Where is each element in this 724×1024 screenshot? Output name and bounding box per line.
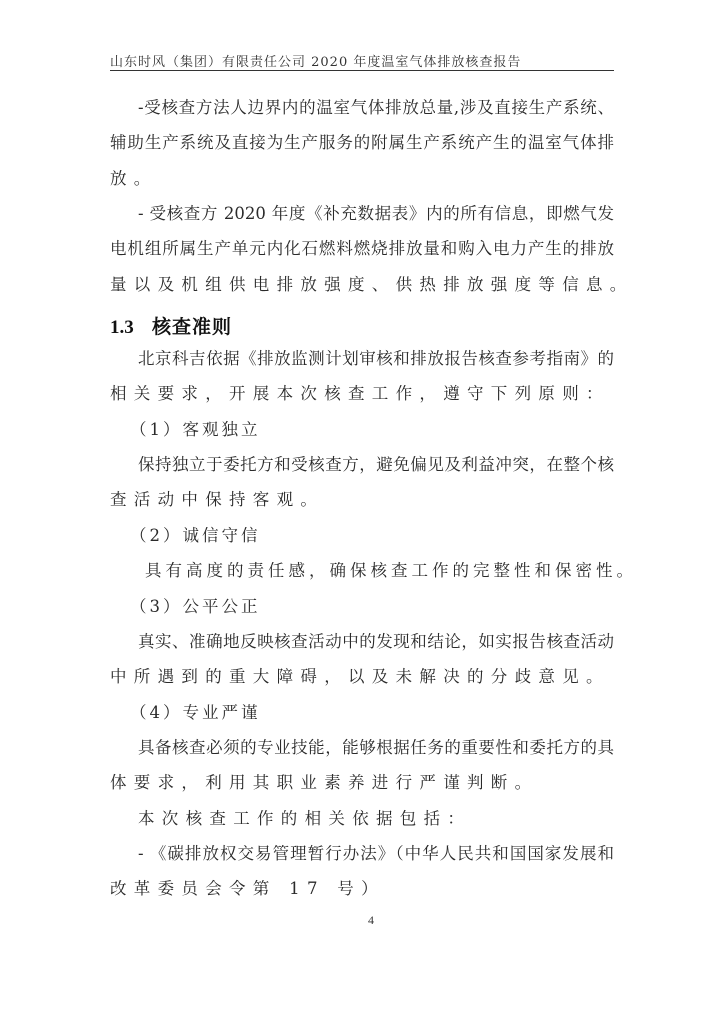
paragraph-line: 真实、准确地反映核查活动中的发现和结论，如实报告核查活动 xyxy=(138,631,614,653)
section-number: 1.3 xyxy=(110,317,152,339)
section-title: 核查准则 xyxy=(152,316,232,338)
running-header: 山东时风（集团）有限责任公司 2020 年度温室气体排放核查报告 xyxy=(110,51,614,70)
paragraph-line: 放。 xyxy=(110,168,614,190)
principle-label: （2）诚信守信 xyxy=(130,525,606,547)
paragraph-line: 保持独立于委托方和受核查方，避免偏见及利益冲突，在整个核 xyxy=(138,454,614,476)
paragraph-line: 量以及机组供电排放强度、供热排放强度等信息。 xyxy=(110,274,614,296)
basis-item-line: - 《碳排放权交易管理暂行办法》（中华人民共和国国家发展和 xyxy=(138,843,614,865)
principle-label: （3）公平公正 xyxy=(130,596,606,618)
paragraph-line: -受核查方法人边界内的温室气体排放总量,涉及直接生产系统、 xyxy=(138,97,614,119)
paragraph-line: 北京科吉依据《排放监测计划审核和排放报告核查参考指南》的 xyxy=(138,348,614,370)
page-number: 4 xyxy=(368,913,374,928)
paragraph-line: - 受核查方 2020 年度《补充数据表》内的所有信息，即燃气发 xyxy=(138,203,614,225)
section-heading: 1.3核查准则 xyxy=(110,312,232,339)
document-page: 山东时风（集团）有限责任公司 2020 年度温室气体排放核查报告 -受核查方法人… xyxy=(0,0,724,1024)
principle-label: （4）专业严谨 xyxy=(130,702,606,724)
paragraph-line: 本次核查工作的相关依据包括： xyxy=(138,808,614,830)
paragraph-line: 具有高度的责任感，确保核查工作的完整性和保密性。 xyxy=(145,560,649,582)
header-divider xyxy=(110,70,614,71)
paragraph-line: 相关要求，开展本次核查工作，遵守下列原则： xyxy=(110,383,614,405)
principle-label: （1）客观独立 xyxy=(130,419,606,441)
paragraph-line: 查活动中保持客观。 xyxy=(110,489,614,511)
paragraph-line: 体要求，利用其职业素养进行严谨判断。 xyxy=(110,772,614,794)
basis-item-line: 改革委员会令第 17 号） xyxy=(110,878,614,900)
paragraph-line: 具备核查必须的专业技能，能够根据任务的重要性和委托方的具 xyxy=(138,737,614,759)
paragraph-line: 中所遇到的重大障碍，以及未解决的分歧意见。 xyxy=(110,666,614,688)
paragraph-line: 辅助生产系统及直接为生产服务的附属生产系统产生的温室气体排 xyxy=(110,132,614,154)
paragraph-line: 电机组所属生产单元内化石燃料燃烧排放量和购入电力产生的排放 xyxy=(110,238,614,260)
